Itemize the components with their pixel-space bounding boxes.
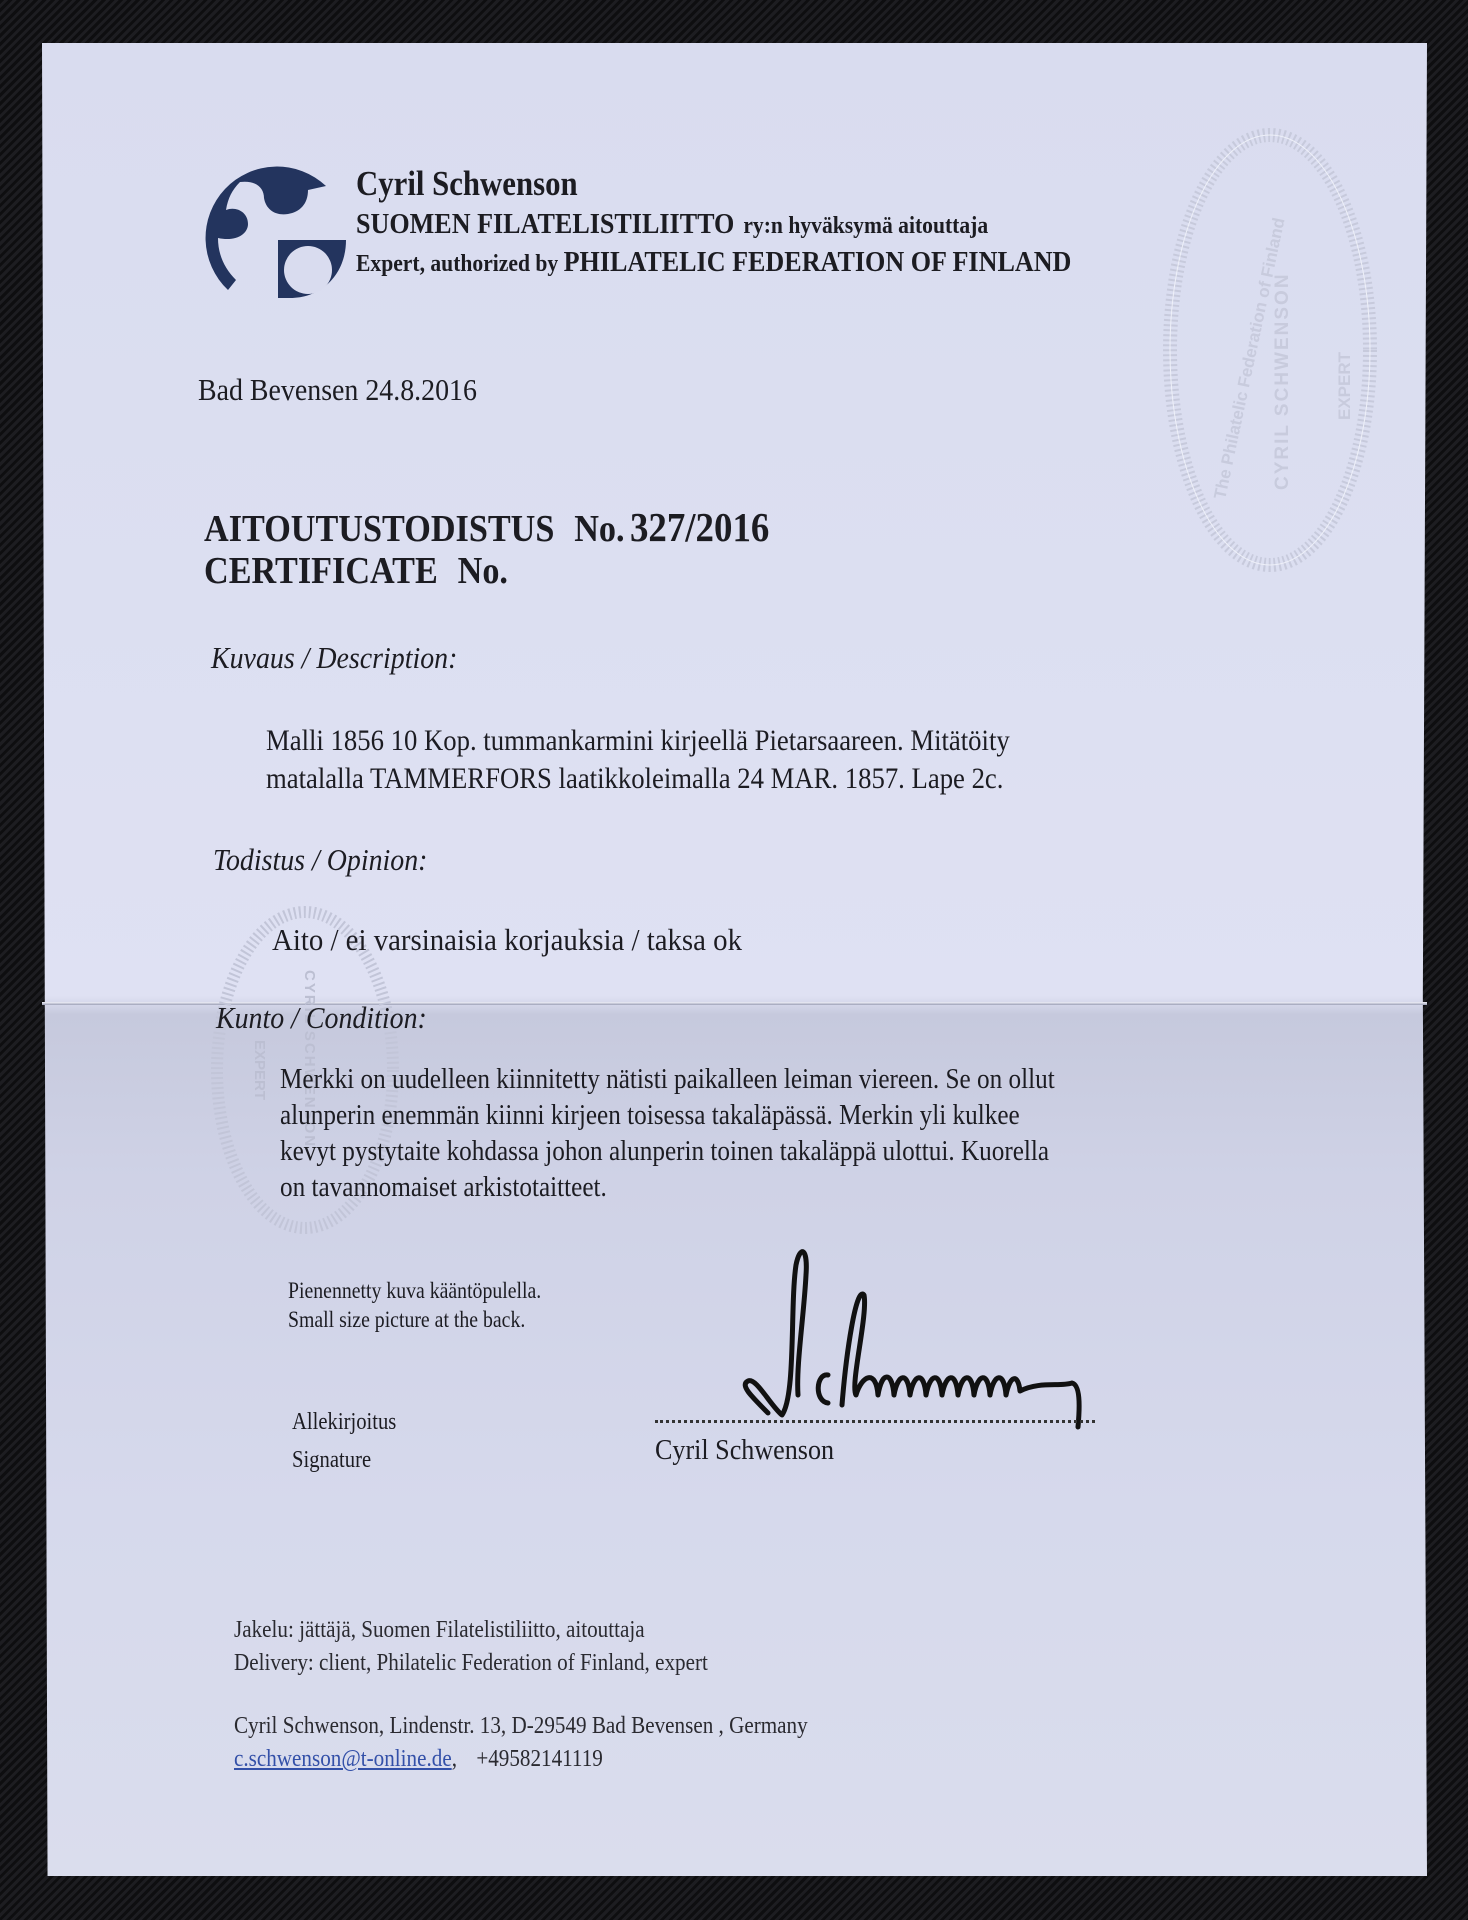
no-label: No. (574, 508, 624, 550)
signature-label-en: Signature (292, 1441, 396, 1479)
email-link[interactable]: c.schwenson@t-online.de (234, 1746, 452, 1772)
description-line: Malli 1856 10 Kop. tummankarmini kirjeel… (266, 722, 1010, 760)
no-label-en: No. (458, 550, 508, 592)
opinion-text: Aito / ei varsinaisia korjauksia / taksa… (272, 922, 742, 958)
svg-text:CYRIL SCHWENSON: CYRIL SCHWENSON (1272, 272, 1293, 490)
signer-name: Cyril Schwenson (655, 1434, 834, 1467)
condition-line: kevyt pystytaite kohdassa johon alunperi… (280, 1134, 1055, 1170)
description-label: Kuvaus / Description: (211, 640, 457, 676)
handwritten-signature-icon (700, 1245, 1220, 1445)
phone-number: +49582141119 (476, 1746, 603, 1772)
back-note-fi: Pienennetty kuva kääntöpulella. (288, 1276, 541, 1305)
certificate-subtitle: CERTIFICATENo. (204, 549, 508, 593)
condition-line: Merkki on uudelleen kiinnitetty nätisti … (280, 1062, 1055, 1098)
distribution-block: Jakelu: jättäjä, Suomen Filatelistiliitt… (234, 1614, 708, 1680)
signature-line (655, 1420, 1095, 1423)
certificate-number: 327/2016 (630, 504, 769, 550)
condition-text: Merkki on uudelleen kiinnitetty nätisti … (280, 1062, 1055, 1206)
condition-label: Kunto / Condition: (216, 1000, 427, 1036)
contact-line: c.schwenson@t-online.de,+49582141119 (234, 1743, 808, 1776)
address: Cyril Schwenson, Lindenstr. 13, D-29549 … (234, 1710, 808, 1743)
distribution-en: Delivery: client, Philatelic Federation … (234, 1647, 708, 1680)
description-text: Malli 1856 10 Kop. tummankarmini kirjeel… (266, 722, 1010, 798)
signature-label-fi: Allekirjoitus (292, 1403, 396, 1441)
signature-label: Allekirjoitus Signature (292, 1403, 396, 1479)
opinion-label: Todistus / Opinion: (213, 842, 427, 878)
org-en-name: PHILATELIC FEDERATION OF FINLAND (564, 246, 1072, 278)
back-picture-note: Pienennetty kuva kääntöpulella. Small si… (288, 1276, 541, 1334)
condition-line: on tavannomaiset arkistotaitteet. (280, 1170, 1055, 1206)
embossed-seal-top-right: The Philatelic Federation of Finland CYR… (1160, 120, 1380, 580)
org-line-fi: SUOMEN FILATELISTILIITTOry:n hyväksymä a… (356, 208, 988, 241)
title-fi: AITOUTUSTODISTUS (204, 508, 554, 550)
email-suffix: , (452, 1746, 457, 1772)
org-fi-suffix: ry:n hyväksymä aitouttaja (743, 213, 988, 239)
distribution-fi: Jakelu: jättäjä, Suomen Filatelistiliitt… (234, 1614, 708, 1647)
authorized-prefix: Expert, authorized by (356, 251, 558, 277)
condition-line: alunperin enemmän kiinni kirjeen toisess… (280, 1098, 1055, 1134)
svg-text:EXPERT: EXPERT (1335, 351, 1354, 420)
federation-logo-icon (196, 158, 346, 298)
description-line: matalalla TAMMERFORS laatikkoleimalla 24… (266, 760, 1010, 798)
title-en: CERTIFICATE (204, 550, 438, 592)
place-date: Bad Bevensen 24.8.2016 (198, 372, 477, 408)
certificate-title: AITOUTUSTODISTUSNo.327/2016 (204, 503, 769, 551)
svg-text:EXPERT: EXPERT (251, 1040, 268, 1100)
org-fi-name: SUOMEN FILATELISTILIITTO (356, 208, 734, 240)
org-line-en: Expert, authorized byPHILATELIC FEDERATI… (356, 246, 1071, 279)
expert-name-heading: Cyril Schwenson (356, 164, 578, 204)
back-note-en: Small size picture at the back. (288, 1305, 541, 1334)
contact-block: Cyril Schwenson, Lindenstr. 13, D-29549 … (234, 1710, 808, 1776)
